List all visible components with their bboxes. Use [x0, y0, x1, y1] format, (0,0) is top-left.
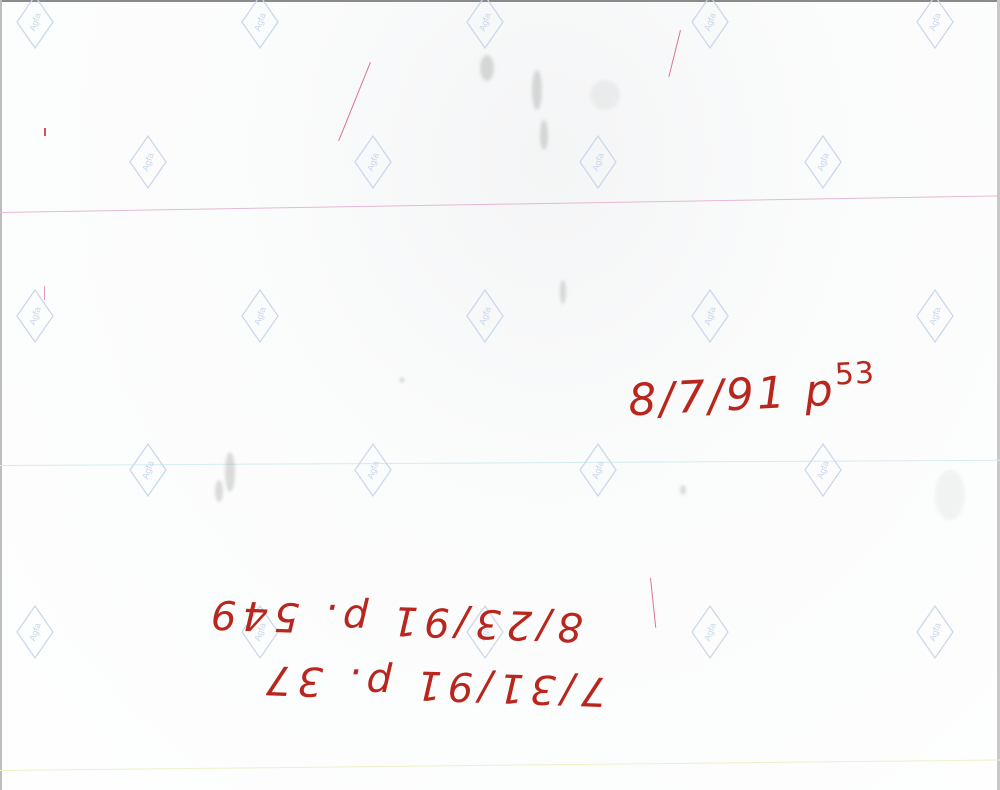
- dust-smudge: [590, 80, 620, 110]
- dust-speck: [400, 378, 404, 382]
- agfa-watermark-icon: Agfa: [129, 443, 167, 497]
- handwritten-date-note-inverted: 7/31/91 p. 37: [259, 656, 607, 714]
- agfa-watermark-icon: Agfa: [241, 0, 279, 49]
- svg-text:Agfa: Agfa: [27, 622, 43, 643]
- dust-smudge: [480, 55, 494, 81]
- ink-scratch: [650, 578, 656, 628]
- agfa-watermark-icon: Agfa: [691, 289, 729, 343]
- svg-text:Agfa: Agfa: [252, 12, 268, 33]
- dust-smudge: [225, 452, 235, 492]
- agfa-watermark-icon: Agfa: [804, 135, 842, 189]
- svg-text:Agfa: Agfa: [252, 306, 268, 327]
- page-number-superscript: 53: [834, 356, 876, 393]
- svg-text:Agfa: Agfa: [27, 12, 43, 33]
- ink-dot: [44, 128, 46, 136]
- scan-edge-left: [0, 0, 2, 790]
- dust-smudge: [215, 480, 223, 502]
- agfa-watermark-icon: Agfa: [916, 0, 954, 49]
- handwritten-date-note: 8/7/91 p53: [627, 356, 877, 427]
- svg-text:Agfa: Agfa: [27, 306, 43, 327]
- agfa-watermark-icon: Agfa: [691, 605, 729, 659]
- agfa-watermark-icon: Agfa: [579, 135, 617, 189]
- svg-text:Agfa: Agfa: [927, 12, 943, 33]
- agfa-watermark-icon: Agfa: [916, 605, 954, 659]
- ink-scratch: [44, 286, 45, 300]
- photo-back-sheet: AgfaAgfaAgfaAgfaAgfaAgfaAgfaAgfaAgfaAgfa…: [0, 0, 1000, 790]
- svg-text:Agfa: Agfa: [927, 306, 943, 327]
- paper-fiber-line: [0, 195, 1000, 213]
- dust-smudge: [680, 485, 686, 495]
- svg-text:Agfa: Agfa: [365, 460, 381, 481]
- agfa-watermark-icon: Agfa: [16, 0, 54, 49]
- agfa-watermark-icon: Agfa: [579, 443, 617, 497]
- svg-text:Agfa: Agfa: [140, 152, 156, 173]
- svg-text:Agfa: Agfa: [815, 460, 831, 481]
- agfa-watermark-icon: Agfa: [466, 289, 504, 343]
- svg-text:Agfa: Agfa: [477, 306, 493, 327]
- svg-text:Agfa: Agfa: [702, 12, 718, 33]
- agfa-watermark-icon: Agfa: [16, 289, 54, 343]
- svg-text:Agfa: Agfa: [702, 306, 718, 327]
- svg-text:Agfa: Agfa: [590, 460, 606, 481]
- svg-text:Agfa: Agfa: [815, 152, 831, 173]
- svg-text:Agfa: Agfa: [477, 12, 493, 33]
- agfa-watermark-icon: Agfa: [691, 0, 729, 49]
- agfa-watermark-icon: Agfa: [129, 135, 167, 189]
- agfa-watermark-icon: Agfa: [466, 0, 504, 49]
- ink-scratch: [668, 30, 681, 77]
- agfa-watermark-icon: Agfa: [916, 289, 954, 343]
- paper-fiber-line: [0, 759, 1000, 771]
- svg-text:Agfa: Agfa: [140, 460, 156, 481]
- agfa-watermark-icon: Agfa: [16, 605, 54, 659]
- svg-text:Agfa: Agfa: [590, 152, 606, 173]
- agfa-watermark-icon: Agfa: [804, 443, 842, 497]
- dust-smudge: [532, 70, 542, 110]
- date-note-text: 8/7/91 p: [627, 365, 837, 427]
- agfa-watermark-icon: Agfa: [241, 289, 279, 343]
- agfa-watermark-icon: Agfa: [354, 135, 392, 189]
- ink-scratch: [338, 62, 371, 141]
- svg-text:Agfa: Agfa: [365, 152, 381, 173]
- dust-smudge: [935, 470, 965, 520]
- svg-text:Agfa: Agfa: [927, 622, 943, 643]
- svg-text:Agfa: Agfa: [702, 622, 718, 643]
- dust-smudge: [540, 120, 548, 150]
- agfa-watermark-icon: Agfa: [354, 443, 392, 497]
- dust-smudge: [560, 280, 566, 304]
